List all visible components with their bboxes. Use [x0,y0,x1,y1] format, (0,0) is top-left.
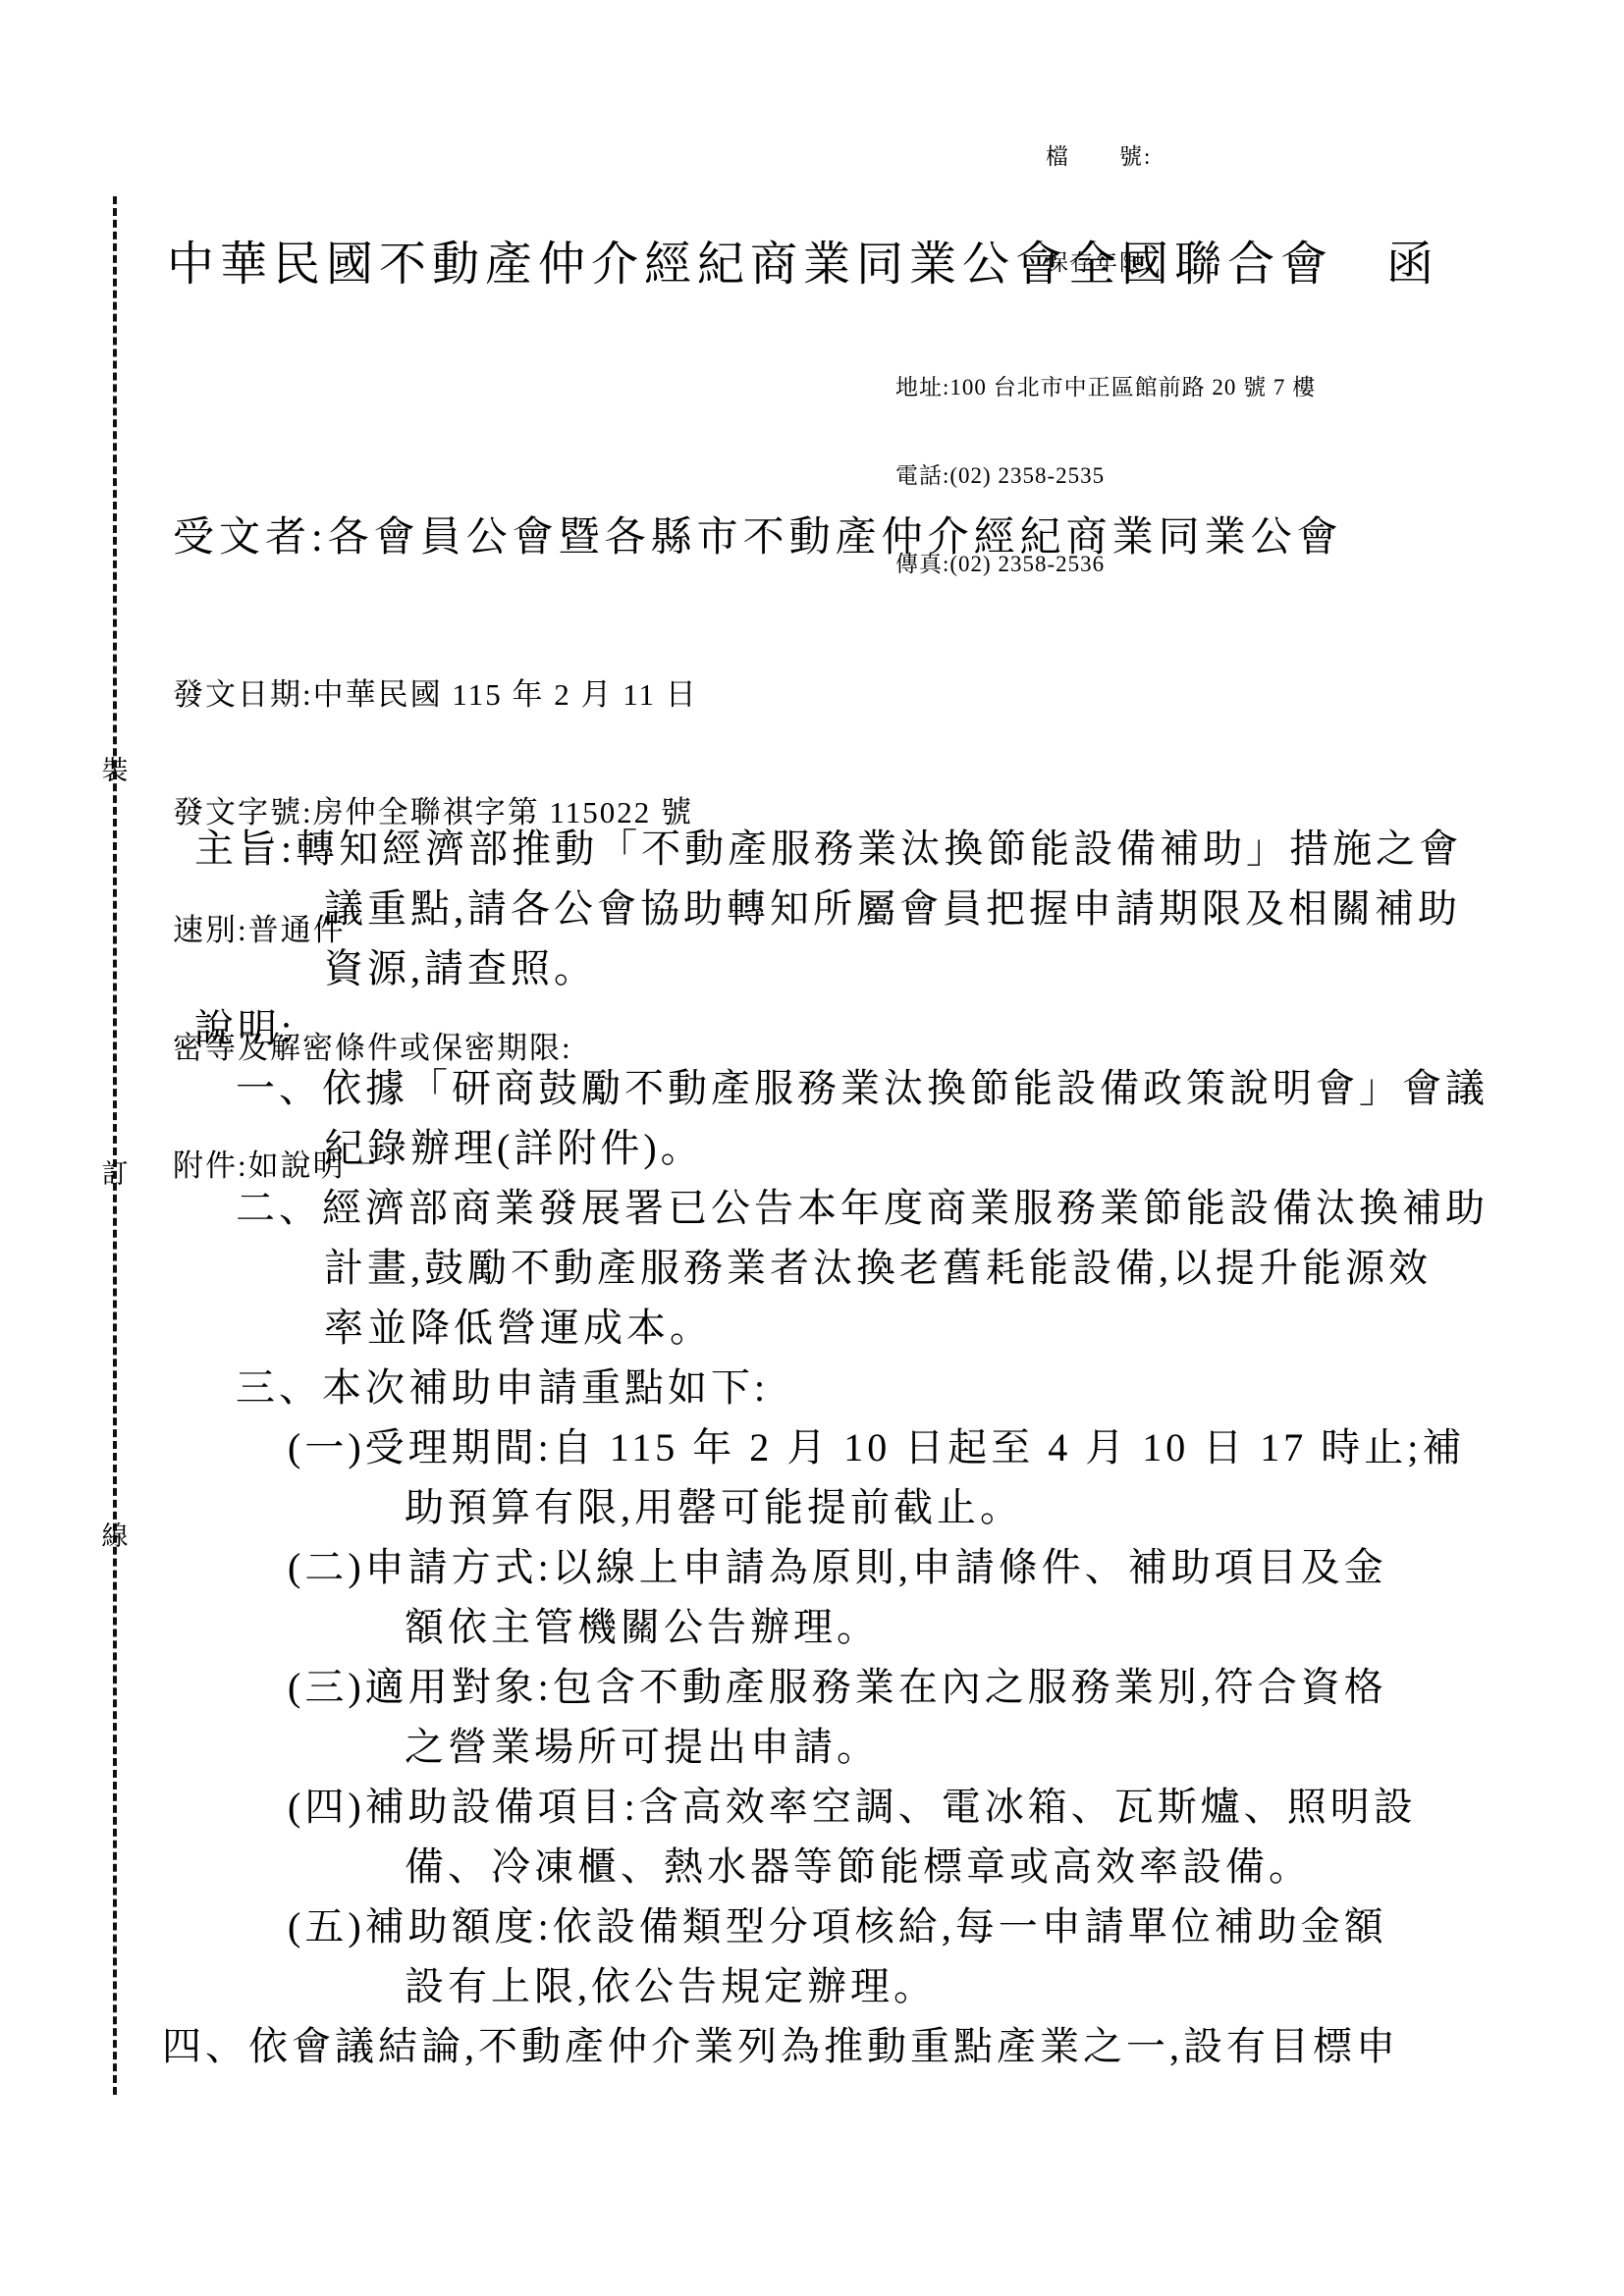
document-body: 主旨:轉知經濟部推動「不動產服務業汰換節能設備補助」措施之會議重點,請各公會協助… [0,819,1624,2076]
document-line: 之營業場所可提出申請。 [405,1717,1624,1777]
document-page: 裝 訂 線 檔 號: 保存年限: 中華民國不動產仲介經紀商業同業公會全國聯合會 … [0,0,1624,2296]
document-line: 額依主管機關公告辦理。 [405,1597,1624,1657]
document-line: 一、依據「研商鼓勵不動產服務業汰換節能設備政策說明會」會議 [236,1058,1624,1118]
document-line: 資源,請查照。 [324,938,1624,998]
document-line: 四、依會議結論,不動產仲介業列為推動重點產業之一,設有目標申 [162,2016,1624,2076]
sender-address: 地址:100 台北市中正區館前路 20 號 7 樓 [895,373,1316,402]
document-line: (五)補助額度:依設備類型分項核給,每一申請單位補助金額 [288,1896,1624,1956]
file-number-label: 檔 號: [1046,139,1152,175]
file-header: 檔 號: 保存年限: [1046,69,1152,351]
document-line: 計畫,鼓勵不動產服務業者汰換老舊耗能設備,以提升能源效 [324,1238,1624,1298]
document-line: (二)申請方式:以線上申請為原則,申請條件、補助項目及金 [288,1537,1624,1597]
sender-phone: 電話:(02) 2358-2535 [895,461,1316,491]
document-line: 三、本次補助申請重點如下: [236,1358,1624,1417]
document-line: 助預算有限,用罄可能提前截止。 [405,1477,1624,1537]
document-line: 備、冷凍櫃、熱水器等節能標章或高效率設備。 [405,1837,1624,1896]
document-line: (三)適用對象:包含不動產服務業在內之服務業別,符合資格 [288,1657,1624,1717]
document-line: 主旨:轉知經濟部推動「不動產服務業汰換節能設備補助」措施之會 [194,819,1624,879]
document-line: 議重點,請各公會協助轉知所屬會員把握申請期限及相關補助 [324,879,1624,938]
recipient-line: 受文者:各會員公會暨各縣市不動產仲介經紀商業同業公會 [173,505,1343,563]
binding-mark-zhuang: 裝 [102,758,129,784]
document-title: 中華民國不動產仲介經紀商業同業公會全國聯合會 函 [167,226,1439,294]
document-line: 率並降低營運成本。 [324,1298,1624,1358]
issue-date: 發文日期:中華民國 115 年 2 月 11 日 [173,675,698,715]
document-line: 設有上限,依公告規定辦理。 [405,1956,1624,2016]
document-line: 二、經濟部商業發展署已公告本年度商業服務業節能設備汰換補助 [236,1178,1624,1238]
sender-contact-block: 地址:100 台北市中正區館前路 20 號 7 樓 電話:(02) 2358-2… [895,314,1316,638]
document-line: 紀錄辦理(詳附件)。 [324,1118,1624,1178]
document-line: 說明: [194,998,1624,1058]
document-line: (四)補助設備項目:含高效率空調、電冰箱、瓦斯爐、照明設 [288,1777,1624,1837]
document-line: (一)受理期間:自 115 年 2 月 10 日起至 4 月 10 日 17 時… [288,1417,1624,1477]
